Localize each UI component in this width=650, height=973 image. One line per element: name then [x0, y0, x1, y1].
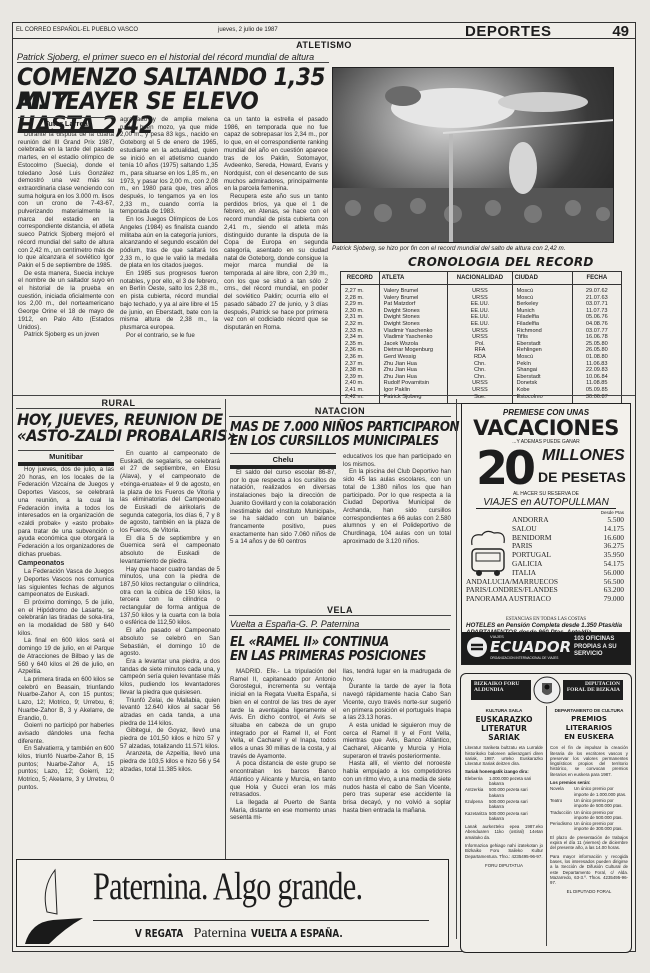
table-cell: Chn.	[448, 374, 512, 381]
article-kicker: Patrick Sjoberg, el primer sueco en el h…	[17, 52, 329, 63]
paragraph: Gibitegui, de Goyaz, llevó una piedra de…	[120, 727, 220, 750]
tagline-post: VUELTA A ESPAÑA.	[251, 927, 343, 940]
prize-amount: 500.000 pezeta sari bakarra	[489, 787, 543, 798]
table-row: 2,28 m.Valery BrumelURSSMoscú21.07.63	[341, 295, 622, 302]
table-cell: Rehlingen	[512, 347, 572, 354]
table-cell: EE.UU.	[448, 301, 512, 308]
paragraph: La final en 600 kilos será el domingo 19…	[18, 637, 114, 676]
natacion-column-1: El saldo del curso escolar 86-87, por lo…	[230, 469, 336, 546]
prize-category: Antzerkia	[465, 787, 489, 798]
column-header: FECHA	[572, 272, 621, 285]
table-cell: Vladimir Yaschenko	[379, 328, 448, 335]
table-cell: 2,36 m.	[341, 354, 380, 361]
table-row: 2,27 m.Valery BrumelURSSMoscú29.07.62	[341, 285, 622, 295]
prize-row: PeriodismoUn único premio por importe de…	[550, 821, 628, 832]
table-cell: 21.07.63	[572, 295, 621, 302]
byline: Munitibar	[18, 450, 114, 466]
ecuador-tagline: ORGANIZACION INTERNACIONAL DE VIAJES	[490, 656, 558, 660]
table-cell: Dwight Stones	[379, 314, 448, 321]
table-cell: 2,34 m.	[341, 334, 380, 341]
table-cell: Jacek Wszola	[379, 341, 448, 348]
diputacion-foral-label: DIPUTACION FORAL DE BIZKAIA	[563, 680, 623, 700]
paragraph: Era a levantar una piedra, a dos tandas …	[120, 658, 220, 697]
tagline-pre: V REGATA	[135, 927, 183, 940]
prize-category: Itzulpena	[465, 799, 489, 810]
prize-category: Teatro	[550, 798, 574, 809]
paragraph: Por el contrario, se le fue	[120, 332, 218, 340]
kultura-saila: KULTURA SAILA	[465, 708, 543, 713]
paragraph: Aranzeta, de Azpeitia, llevó una piedra …	[120, 750, 220, 773]
table-cell: Kobe	[512, 387, 572, 394]
departamento-cultura: DEPARTAMENTO DE CULTURA	[550, 708, 628, 713]
table-cell: Zhu Jian Hua	[379, 374, 448, 381]
table-cell: Eberstadt	[512, 341, 572, 348]
table-cell: 03.07.71	[572, 301, 621, 308]
table-cell: 2,40 m.	[341, 380, 380, 387]
natacion-column-2: educativos los que han participado en lo…	[343, 453, 451, 545]
table-row: 2,31 m.Dwight StonesEE.UU.Filadelfia05.0…	[341, 314, 622, 321]
table-cell: 2,41 m.	[341, 387, 380, 394]
paragraph: La llegada al Puerto de Santa María, dis…	[230, 799, 336, 822]
paragraph: llas, tendrá lugar en la madrugada de ho…	[343, 668, 451, 683]
paternina-tagline: V REGATA Paternina VUELTA A ESPAÑA.	[129, 924, 366, 942]
paragraph: La primera tirada en 600 kilos se celebr…	[18, 676, 114, 722]
table-row: 2,34 m.Vladimir YaschenkoURSSTiflis16.06…	[341, 334, 622, 341]
tagline-brand: Paternina	[194, 926, 247, 941]
left-deadline: Lanak aurkezteko epea 1987.eko Abenduare…	[465, 824, 543, 840]
table-row: 2,37 m.Zhu Jian HuaChn.Pekín11.06.83	[341, 361, 622, 368]
table-header-row: RECORD ATLETA NACIONALIDAD CIUDAD FECHA	[341, 272, 622, 285]
natacion-headline-1: MAS DE 7.000 NIÑOS PARTICIPARON	[230, 421, 460, 435]
prize-amount: 1.000.000 pezeta sari bakarra	[489, 776, 543, 787]
publication-name: EL CORREO ESPAÑOL-EL PUEBLO VASCO	[16, 27, 138, 33]
paragraph: En los Juegos Olímpicos de Los Angeles (…	[120, 216, 218, 270]
table-cell: 11.06.83	[572, 361, 621, 368]
paragraph: ca un tanto la estrella el pasado 1986, …	[224, 116, 328, 193]
table-cell: 2,33 m.	[341, 328, 380, 335]
destination-row: ANDORRA5.500	[466, 516, 624, 525]
table-cell: Pekín	[512, 361, 572, 368]
prize-category: Periodismo	[550, 821, 574, 832]
article-column-1: Durante la disputa de la cuarta reunión …	[18, 131, 114, 339]
table-cell: Valery Brumel	[379, 285, 448, 295]
right-title-2: EN EUSKERA	[550, 733, 628, 742]
right-intro: Con el fin de impulsar la creación liter…	[550, 745, 628, 777]
vela-column-1: MADRID. Efe.- La tripulación del Ramel I…	[230, 668, 336, 822]
table-cell: 2,27 m.	[341, 285, 380, 295]
table-row: 2,30 m.Dwight StonesEE.UU.Munich11.07.73	[341, 308, 622, 315]
bizkaia-left-column: KULTURA SAILA EUSKARAZKO LITERATUR SARIA…	[465, 708, 543, 868]
table-cell: Dietmar Mogenburg	[379, 347, 448, 354]
table-cell: Munich	[512, 308, 572, 315]
paragraph: A poca distancia de este grupo se encont…	[230, 760, 336, 799]
table-cell: URSS	[448, 334, 512, 341]
table-cell: Pat Matzdorf	[379, 301, 448, 308]
table-cell: Igor Paklin	[379, 387, 448, 394]
high-jump-image	[333, 68, 614, 243]
prize-category: Traducción	[550, 810, 574, 821]
paragraph: En Salvatierra, y también en 600 kilos, …	[18, 745, 114, 791]
table-cell: Shangai	[512, 367, 572, 374]
left-intro: Literatur Sariketa bultzatu eta Lurralde…	[465, 745, 543, 766]
table-cell: 05.06.76	[572, 314, 621, 321]
prize-row: Eleberria1.000.000 pezeta sari bakarra	[465, 776, 543, 787]
table-cell: Gerd Wessig	[379, 354, 448, 361]
left-title-1: EUSKARAZKO	[465, 715, 543, 724]
table-cell: 16.06.78	[572, 334, 621, 341]
table-cell: 2,39 m.	[341, 374, 380, 381]
table-cell: 03.07.77	[572, 328, 621, 335]
prize-category: Novela	[550, 786, 574, 797]
table-cell: EE.UU.	[448, 314, 512, 321]
table-cell: 2,35 m.	[341, 341, 380, 348]
table-cell: URSS	[448, 328, 512, 335]
paragraph: En cuanto al campeonato de Euskadi, de s…	[120, 450, 220, 535]
table-cell: RDA	[448, 354, 512, 361]
table-cell: Tiflis	[512, 334, 572, 341]
left-sub: Sariak honengatik izango dira:	[465, 769, 543, 774]
table-row: 2,33 m.Vladimir YaschenkoURSSRichmond03.…	[341, 328, 622, 335]
table-cell: 11.08.85	[572, 380, 621, 387]
paragraph: educativos los que han participado en lo…	[343, 453, 451, 468]
foru-aldundia-label: BIZKAIKO FORU ALDUNDIA	[471, 680, 531, 700]
table-cell: 04.08.76	[572, 321, 621, 328]
prize-row: Antzerkia500.000 pezeta sari bakarra	[465, 787, 543, 798]
left-signature: FORU DIPUTATUA	[465, 863, 543, 868]
table-cell: 2,32 m.	[341, 321, 380, 328]
right-signature: EL DIPUTADO FORAL	[550, 889, 628, 894]
natacion-headline-2: EN LOS CURSILLOS MUNICIPALES	[230, 435, 460, 449]
vela-headline-1: EL «RAMEL II» CONTINUA	[230, 636, 451, 650]
table-cell: 11.07.73	[572, 308, 621, 315]
prize-row: Kazetaritza500.000 pezeta sari bakarra	[465, 811, 543, 822]
table-cell: URSS	[448, 380, 512, 387]
right-sub: Los premios serán:	[550, 780, 628, 785]
article-column-2: agraciado y de amplia melena rubia, buen…	[120, 116, 218, 339]
prize-amount: 500.000 pezeta sari bakarra	[489, 799, 543, 810]
vela-headline-2: EN LAS PRIMERAS POSICIONES	[230, 650, 451, 664]
destination-row: PANORAMA AUSTRIACO79.000	[466, 595, 624, 604]
table-cell: Chn.	[448, 367, 512, 374]
table-cell: Rudolf Povarnitsin	[379, 380, 448, 387]
section-label-rural: RURAL	[16, 398, 221, 409]
coat-of-arms-icon	[533, 676, 561, 704]
table-cell: 10.06.84	[572, 374, 621, 381]
table-cell: 01.08.80	[572, 354, 621, 361]
masthead: EL CORREO ESPAÑOL-EL PUEBLO VASCO jueves…	[13, 23, 635, 39]
rural-column-2: En cuanto al campeonato de Euskadi, de s…	[120, 450, 220, 774]
paragraph: Hasta allí, el viento del noroeste había…	[343, 760, 451, 814]
table-cell: 26.05.80	[572, 347, 621, 354]
prize-amount: Un único premio por importe de 300.000 p…	[574, 821, 628, 832]
table-row: 2,32 m.Dwight StonesEE.UU.Filadelfia04.0…	[341, 321, 622, 328]
table-cell: Valery Brumel	[379, 295, 448, 302]
table-cell: 2,29 m.	[341, 301, 380, 308]
right-title-1: PREMIOS LITERARIOS	[550, 715, 628, 733]
left-title-2: LITERATUR SARIAK	[465, 724, 543, 742]
table-cell: 29.07.62	[572, 285, 621, 295]
prize-amount: Un único premio por importe de 500.000 p…	[574, 810, 628, 821]
athlete-photo	[332, 67, 614, 243]
vela-column-2: llas, tendrá lugar en la madrugada de ho…	[343, 668, 451, 814]
left-info: Informazioa gehiago nahi izatekotan jo B…	[465, 843, 543, 859]
paragraph: El próximo domingo, 5 de julio, en el Hi…	[18, 599, 114, 638]
paragraph: Triunfó Zelai, de Mallabia, quien levant…	[120, 697, 220, 728]
paragraph: Patrick Sjoberg es un joven	[18, 331, 114, 339]
paragraph: De esta manera, Suecia incluye el nombre…	[18, 270, 114, 332]
paragraph: Durante la disputa de la cuarta reunión …	[18, 131, 114, 270]
table-cell: 25.05.80	[572, 341, 621, 348]
table-cell: Chn.	[448, 361, 512, 368]
ecuador-offices: 103 OFICINAS PROPIAS A SU SERVICIO	[574, 636, 630, 659]
table-cell: RFA	[448, 347, 512, 354]
column-header: CIUDAD	[512, 272, 572, 285]
paragraph: La Federación Vasca de Juegos y Deportes…	[18, 568, 114, 599]
paragraph: agraciado y de amplia melena rubia, buen…	[120, 116, 218, 216]
record-table: RECORD ATLETA NACIONALIDAD CIUDAD FECHA …	[340, 271, 622, 404]
table-cell: Eberstadt	[512, 374, 572, 381]
table-cell: Moscú	[512, 295, 572, 302]
table-cell: 2,28 m.	[341, 295, 380, 302]
photo-caption: Patrick Sjoberg, se hizo por fin con el …	[332, 245, 565, 252]
paragraph: Recupera este año sus un tanto perdidos …	[224, 193, 328, 332]
paragraph: Hay que hacer cuatro tandas de 5 minutos…	[120, 566, 220, 628]
table-cell: Berkeley	[512, 301, 572, 308]
column-header: ATLETA	[379, 272, 448, 285]
right-info: Para mayor información y recogida bases,…	[550, 854, 628, 886]
table-cell: Vladimir Yaschenko	[379, 334, 448, 341]
table-cell: Filadelfia	[512, 321, 572, 328]
table-cell: URSS	[448, 295, 512, 302]
table-cell: Dwight Stones	[379, 321, 448, 328]
ad-millones: MILLONES	[542, 447, 625, 465]
prize-amount: Un único premio por importe de 500.000 p…	[574, 798, 628, 809]
bizkaia-literary-prize-ad[interactable]: BIZKAIKO FORU ALDUNDIA DIPUTACION FORAL …	[460, 673, 632, 953]
table-cell: 2,37 m.	[341, 361, 380, 368]
ecuador-brand: ECUADOR	[490, 638, 571, 656]
column-header: NACIONALIDAD	[448, 272, 512, 285]
newspaper-page: EL CORREO ESPAÑOL-EL PUEBLO VASCO jueves…	[12, 22, 636, 952]
ad-title: VACACIONES	[462, 417, 630, 439]
paragraph: En 1985 sus progresos fueron notables, y…	[120, 270, 218, 332]
destination-row: PORTUGAL35.950	[466, 551, 624, 560]
table-cell: Moscú	[512, 285, 572, 295]
section-label-atletismo: ATLETISMO	[13, 40, 635, 50]
table-row: 2,38 m.Zhu Jian HuaChn.Shangai22.09.83	[341, 367, 622, 374]
table-cell: Richmond	[512, 328, 572, 335]
table-cell: Zhu Jian Hua	[379, 367, 448, 374]
paragraph: MADRID. Efe.- La tripulación del Ramel I…	[230, 668, 336, 760]
section-label-natacion: NATACION	[229, 406, 451, 417]
rural-column-1: Hoy jueves, dos de julio, a las 20 horas…	[18, 466, 114, 792]
table-row: 2,41 m.Igor PaklinURSSKobe05.09.85	[341, 387, 622, 394]
table-cell: EE.UU.	[448, 321, 512, 328]
table-cell: URSS	[448, 387, 512, 394]
table-cell: EE.UU.	[448, 308, 512, 315]
ad-viajes: VIAJES en AUTOPULLMAN	[476, 497, 616, 509]
table-row: 2,39 m.Zhu Jian HuaChn.Eberstadt10.06.84	[341, 374, 622, 381]
vacaciones-ad[interactable]: PREMIESE CON UNAS VACACIONES ...Y ADEMAS…	[461, 403, 631, 665]
column-header: RECORD	[341, 272, 380, 285]
table-title: CRONOLOGIA DEL RECORD	[408, 255, 594, 269]
section-title: DEPORTES	[465, 23, 552, 40]
table-cell: 05.09.85	[572, 387, 621, 394]
right-deadline: El plazo de presentación de trabajos exp…	[550, 835, 628, 851]
prize-row: NovelaUn único premio por importe de 1.0…	[550, 786, 628, 797]
paragraph: Hoy jueves, dos de julio, a las 20 horas…	[18, 466, 114, 558]
sailboat-icon	[25, 866, 85, 944]
destination-row: GALICIA54.175	[466, 560, 624, 569]
paternina-slogan: Paternina. Algo grande.	[93, 862, 362, 912]
ad-hoteles: HOTELES en Pensión Completa desde 1.350 …	[462, 622, 630, 629]
table-row: 2,40 m.Rudolf PovarnitsinURSSDonetsk11.0…	[341, 380, 622, 387]
table-cell: URSS	[448, 285, 512, 295]
article-column-3: ca un tanto la estrella el pasado 1986, …	[224, 116, 328, 332]
table-cell: 22.09.83	[572, 367, 621, 374]
ad-big-number: 20	[476, 441, 532, 495]
destination-row: BENIDORM16.600	[466, 534, 624, 543]
table-row: 2,35 m.Jacek WszolaPol.Eberstadt25.05.80	[341, 341, 622, 348]
table-row: 2,36 m.Gerd WessigRDAMoscú01.08.80	[341, 354, 622, 361]
prize-amount: 500.000 pezeta sari bakarra	[489, 811, 543, 822]
table-body: 2,27 m.Valery BrumelURSSMoscú29.07.622,2…	[341, 285, 622, 404]
vela-kicker: Vuelta a España-G. P. Paternina	[230, 619, 450, 630]
table-cell: Pol.	[448, 341, 512, 348]
table-cell: Filadelfia	[512, 314, 572, 321]
table-cell: 2,31 m.	[341, 314, 380, 321]
paternina-ad[interactable]: Paternina. Algo grande. V REGATA Paterni…	[16, 859, 449, 947]
bizkaia-right-column: DEPARTAMENTO DE CULTURA PREMIOS LITERARI…	[550, 708, 628, 895]
paragraph: Goierri no participó por haberles avisad…	[18, 722, 114, 745]
table-cell: 2,36 m.	[341, 347, 380, 354]
prize-row: TraducciónUn único premio por importe de…	[550, 810, 628, 821]
table-cell: Zhu Jian Hua	[379, 361, 448, 368]
paragraph: El año pasado el Campeonato absoluto se …	[120, 627, 220, 658]
subheading: Campeonatos	[18, 560, 114, 568]
destination-name: PANORAMA AUSTRIACO	[466, 595, 551, 604]
paragraph: El día 5 de septiembre y en Guernica ser…	[120, 535, 220, 566]
section-label-vela: VELA	[229, 605, 451, 616]
byline: Chelu	[230, 453, 336, 469]
paragraph: El saldo del curso escolar 86-87, por lo…	[230, 469, 336, 546]
ecuador-banner[interactable]: VIAJES ECUADOR ORGANIZACION INTERNACIONA…	[462, 632, 630, 664]
prize-row: TeatroUn único premio por importe de 500…	[550, 798, 628, 809]
bizkaia-header: BIZKAIKO FORU ALDUNDIA DIPUTACION FORAL …	[461, 674, 631, 704]
table-cell: Dwight Stones	[379, 308, 448, 315]
paragraph: Durante la tarde de ayer la flota navegó…	[343, 683, 451, 722]
paragraph: A esta unidad le siguieron muy de cerca …	[343, 722, 451, 761]
paragraph: En la piscina del Club Deportivo han sid…	[343, 468, 451, 545]
destination-list: ANDORRA5.500SALOU14.175BENIDORM16.600PAR…	[466, 516, 624, 604]
prize-row: Itzulpena500.000 pezeta sari bakarra	[465, 799, 543, 810]
left-prize-list: Eleberria1.000.000 pezeta sari bakarraAn…	[465, 776, 543, 821]
table-row: 2,29 m.Pat MatzdorfEE.UU.Berkeley03.07.7…	[341, 301, 622, 308]
page-number: 49	[612, 23, 629, 40]
prize-category: Eleberria	[465, 776, 489, 787]
table-cell: Donetsk	[512, 380, 572, 387]
ecuador-logo-icon	[466, 636, 488, 658]
right-prize-list: NovelaUn único premio por importe de 1.0…	[550, 786, 628, 831]
destination-price: 79.000	[604, 595, 624, 604]
table-row: 2,36 m.Dietmar MogenburgRFARehlingen26.0…	[341, 347, 622, 354]
rural-headline-2: «ASTO-ZALDI PROBALARIS»	[17, 428, 238, 444]
table-cell: Moscú	[512, 354, 572, 361]
prize-amount: Un único premio por importe de 1.000.000…	[574, 786, 628, 797]
prize-category: Kazetaritza	[465, 811, 489, 822]
publication-date: jueves, 2 julio de 1987	[218, 27, 278, 33]
ad-pesetas: DE PESETAS	[538, 469, 626, 485]
table-cell: 2,38 m.	[341, 367, 380, 374]
table-cell: 2,30 m.	[341, 308, 380, 315]
